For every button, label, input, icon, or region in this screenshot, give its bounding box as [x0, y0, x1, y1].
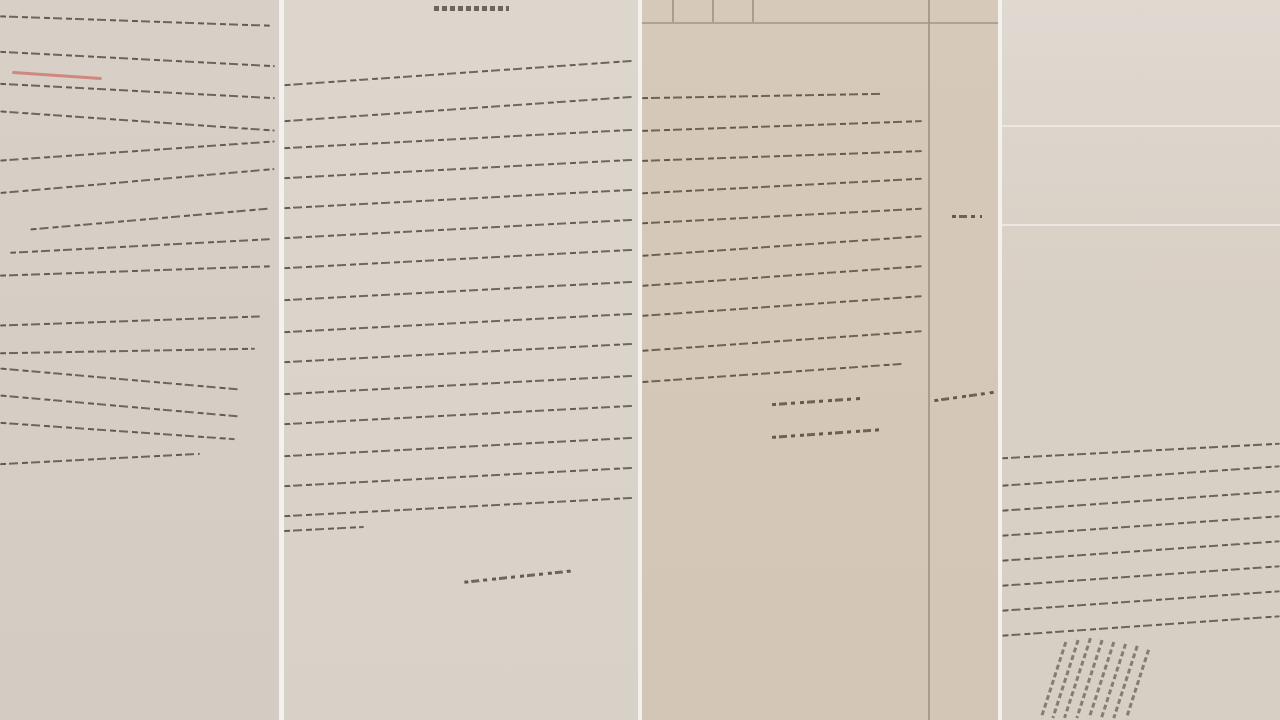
handwriting-line [0, 348, 255, 354]
handwriting-line [1002, 590, 1279, 611]
handwriting-line [284, 281, 634, 301]
document-panel-4: Document page 4 [1002, 0, 1280, 720]
handwriting-line [0, 368, 239, 391]
signature [772, 428, 882, 439]
handwriting-line [0, 168, 274, 194]
handwriting-line [284, 60, 633, 86]
handwriting-line [10, 238, 270, 254]
handwriting-line [642, 363, 902, 383]
red-underline [12, 71, 102, 80]
handwriting-line [284, 526, 364, 532]
handwriting-line [1002, 465, 1279, 486]
handwriting-line [1002, 615, 1279, 636]
document-panel-3: Document page 3 [642, 0, 998, 720]
handwriting-line [642, 208, 922, 225]
handwriting-line [284, 497, 634, 517]
handwriting-line [1002, 540, 1279, 561]
document-header [434, 6, 509, 11]
handwriting-line [1002, 565, 1279, 586]
handwriting-line [284, 96, 633, 122]
handwriting-line [0, 422, 235, 440]
handwriting-line [642, 178, 922, 195]
handwriting-line [0, 453, 200, 465]
margin-note [934, 391, 994, 402]
handwriting-line [284, 129, 634, 149]
handwriting-line [0, 140, 274, 161]
handwriting-line [284, 467, 634, 487]
handwriting-line [0, 315, 260, 326]
handwriting-line [284, 437, 634, 457]
margin-column-rule [928, 0, 930, 720]
handwriting-line [284, 159, 634, 179]
signature [464, 569, 574, 583]
handwriting-line [642, 93, 882, 99]
margin-note [952, 215, 982, 218]
table-column-rule [672, 0, 674, 22]
handwriting-line [0, 110, 274, 131]
handwriting-line [284, 343, 634, 363]
handwriting-line [642, 235, 921, 257]
table-header-rule [642, 22, 998, 24]
handwriting-line [642, 330, 921, 352]
table-column-rule [752, 0, 754, 22]
handwriting-line [284, 189, 634, 209]
handwriting-line [642, 120, 922, 132]
handwriting-line [0, 83, 275, 99]
signature [772, 397, 862, 406]
handwriting-line [284, 313, 634, 333]
handwriting-line [284, 405, 634, 425]
fold-line [1002, 224, 1280, 226]
handwriting-line [0, 265, 270, 276]
handwriting-line [284, 219, 634, 239]
handwriting-line [642, 150, 922, 162]
handwriting-line [1002, 443, 1280, 460]
handwriting-line [1002, 490, 1279, 511]
handwriting-line [0, 51, 275, 67]
handwriting-line [284, 375, 634, 395]
handwriting-line [642, 265, 921, 287]
table-column-rule [712, 0, 714, 22]
document-panel-2: Document page 2 [284, 0, 638, 720]
fold-line [1002, 125, 1280, 127]
document-panel-1: Document page 1 [0, 0, 279, 720]
handwriting-line [0, 15, 270, 26]
handwriting-line [284, 249, 634, 269]
handwriting-line [0, 395, 239, 418]
handwriting-line [642, 295, 921, 317]
handwriting-line [30, 208, 269, 231]
handwriting-line [1002, 515, 1279, 536]
